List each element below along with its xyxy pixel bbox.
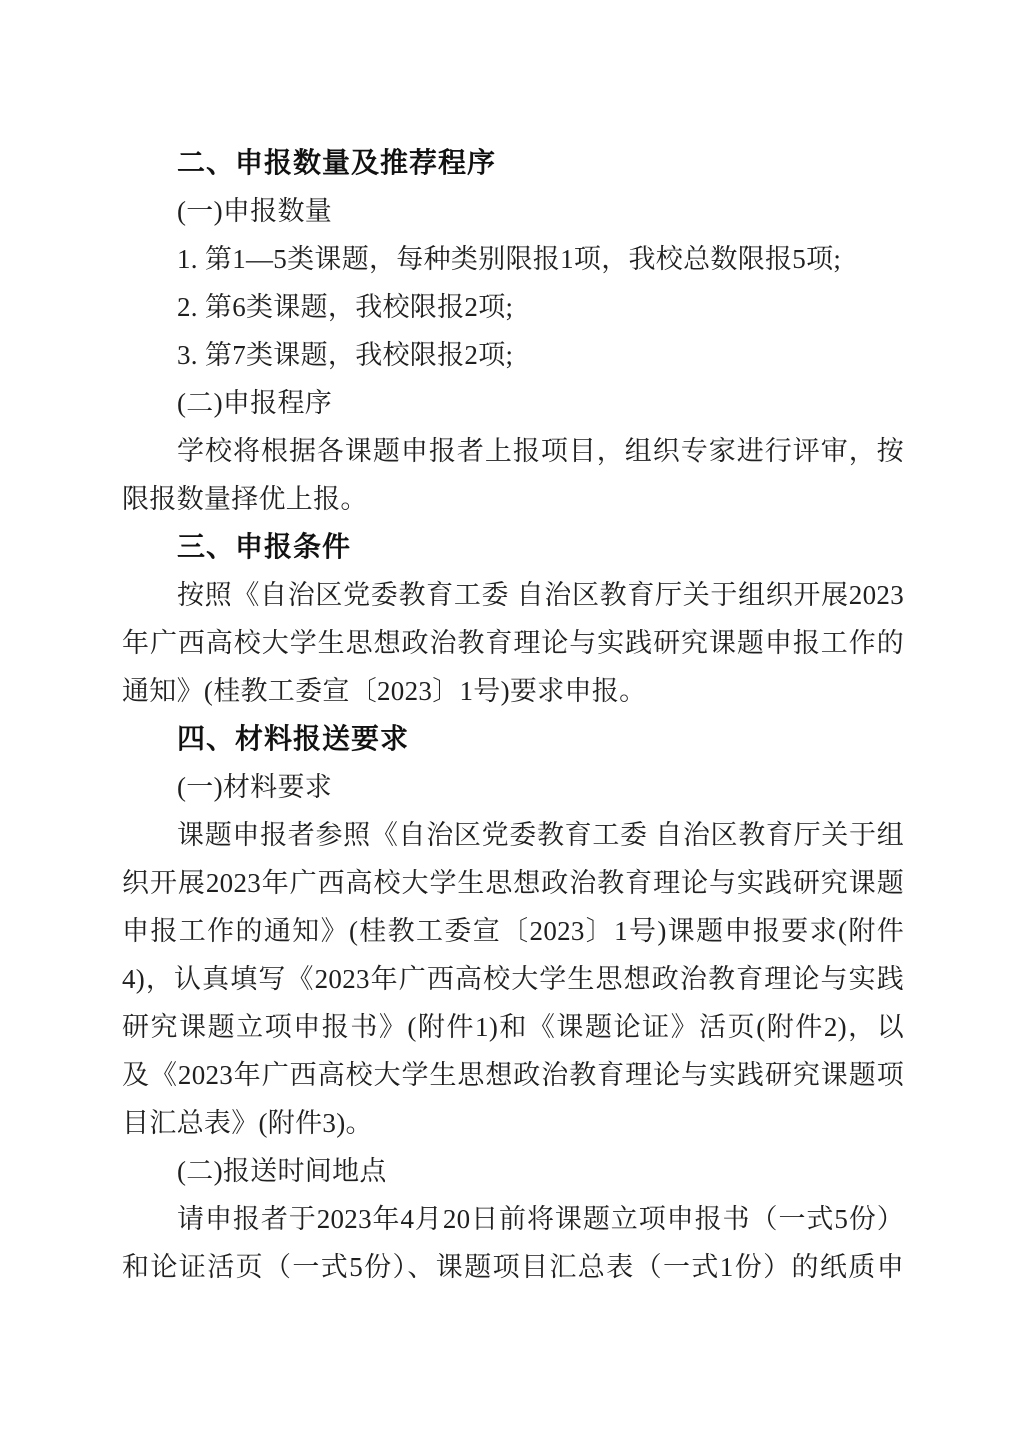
section-heading-3: 三、申报条件 <box>122 523 904 571</box>
subheading-procedure: (二)申报程序 <box>122 379 904 427</box>
paragraph-line: 课题申报者参照《自治区党委教育工委 自治区教育厅关于组 <box>122 811 904 859</box>
paragraph-line: 通知》(桂教工委宣〔2023〕1号)要求申报。 <box>122 667 904 715</box>
paragraph-line: 及《2023年广西高校大学生思想政治教育理论与实践研究课题项 <box>122 1051 904 1099</box>
paragraph-line: 年广西高校大学生思想政治教育理论与实践研究课题申报工作的 <box>122 619 904 667</box>
list-item-3: 3. 第7类课题，我校限报2项; <box>122 331 904 379</box>
subheading-submission-time: (二)报送时间地点 <box>122 1147 904 1195</box>
list-item-1: 1. 第1—5类课题，每种类别限报1项，我校总数限报5项; <box>122 235 904 283</box>
paragraph-line: 和论证活页（一式5份）、课题项目汇总表（一式1份）的纸质申 <box>122 1243 904 1291</box>
document-body: 二、申报数量及推荐程序 (一)申报数量 1. 第1—5类课题，每种类别限报1项，… <box>122 139 904 1291</box>
subheading-materials: (一)材料要求 <box>122 763 904 811</box>
section-heading-2: 二、申报数量及推荐程序 <box>122 139 904 187</box>
section-heading-4: 四、材料报送要求 <box>122 715 904 763</box>
paragraph-line: 织开展2023年广西高校大学生思想政治教育理论与实践研究课题 <box>122 859 904 907</box>
paragraph-line: 学校将根据各课题申报者上报项目，组织专家进行评审，按 <box>122 427 904 475</box>
document-page: 二、申报数量及推荐程序 (一)申报数量 1. 第1—5类课题，每种类别限报1项，… <box>0 0 1024 1447</box>
paragraph-line: 限报数量择优上报。 <box>122 475 904 523</box>
paragraph-line: 4)，认真填写《2023年广西高校大学生思想政治教育理论与实践 <box>122 955 904 1003</box>
paragraph-line: 申报工作的通知》(桂教工委宣〔2023〕1号)课题申报要求(附件 <box>122 907 904 955</box>
paragraph-line: 目汇总表》(附件3)。 <box>122 1099 904 1147</box>
list-item-2: 2. 第6类课题，我校限报2项; <box>122 283 904 331</box>
paragraph-line: 按照《自治区党委教育工委 自治区教育厅关于组织开展2023 <box>122 571 904 619</box>
paragraph-line: 请申报者于2023年4月20日前将课题立项申报书（一式5份） <box>122 1195 904 1243</box>
subheading-quantity: (一)申报数量 <box>122 187 904 235</box>
paragraph-line: 研究课题立项申报书》(附件1)和《课题论证》活页(附件2)，以 <box>122 1003 904 1051</box>
